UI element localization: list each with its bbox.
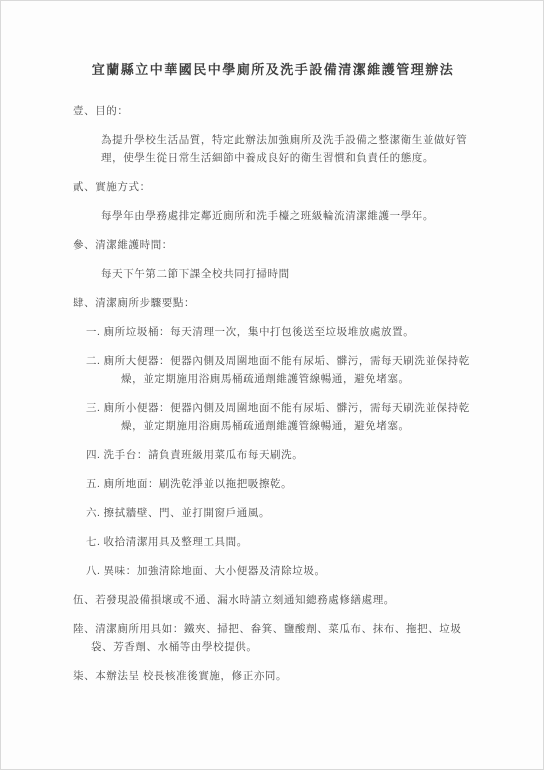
section-2-body: 每學年由學務處排定鄰近廁所和洗手檯之班級輪流清潔維護一學年。: [101, 208, 473, 226]
step-item-7: 七. 收拾清潔用具及整理工具間。: [73, 534, 473, 552]
step-item-5: 五. 廁所地面：刷洗乾淨並以拖把吸擦乾。: [73, 476, 473, 494]
step-item-3: 三. 廁所小便器：便器內側及周圍地面不能有尿垢、髒污，需每天刷洗並保持乾燥，並定…: [73, 400, 473, 436]
section-4-heading: 肆、清潔廁所步驟要點：: [73, 295, 473, 313]
section-3-body: 每天下午第二節下課全校共同打掃時間: [101, 266, 473, 284]
section-5-heading: 伍、若發現設備損壞或不通、漏水時請立刻通知總務處修繕處理。: [73, 592, 473, 610]
document-page: 宜蘭縣立中華國民中學廁所及洗手設備清潔維護管理辦法 壹、目的： 為提升學校生活品…: [0, 0, 544, 770]
section-7-heading: 柒、本辦法呈 校長核准後實施，修正亦同。: [73, 668, 473, 686]
section-2-heading: 貳、實施方式：: [73, 179, 473, 197]
step-item-2: 二. 廁所大便器：便器內側及周圍地面不能有尿垢、髒污，需每天刷洗並保持乾燥，並定…: [73, 353, 473, 389]
document-title: 宜蘭縣立中華國民中學廁所及洗手設備清潔維護管理辦法: [73, 61, 473, 79]
section-3-heading: 參、清潔維護時間：: [73, 237, 473, 255]
step-item-6: 六. 擦拭牆壁、門、並打開窗戶通風。: [73, 505, 473, 523]
section-6-heading: 陸、清潔廁所用具如：鐵夾、掃把、畚箕、鹽酸劑、菜瓜布、抹布、拖把、垃圾袋、芳香劑…: [73, 621, 473, 657]
section-1-body: 為提升學校生活品質，特定此辦法加強廁所及洗手設備之整潔衛生並做好管理，使學生從日…: [101, 132, 473, 168]
step-item-8: 八. 異味：加強清除地面、大小便器及清除垃圾。: [73, 563, 473, 581]
step-item-1: 一. 廁所垃圾桶：每天清理一次，集中打包後送至垃圾堆放處放置。: [73, 324, 473, 342]
step-item-4: 四. 洗手台：請負責班級用菜瓜布每天刷洗。: [73, 447, 473, 465]
section-1-heading: 壹、目的：: [73, 103, 473, 121]
